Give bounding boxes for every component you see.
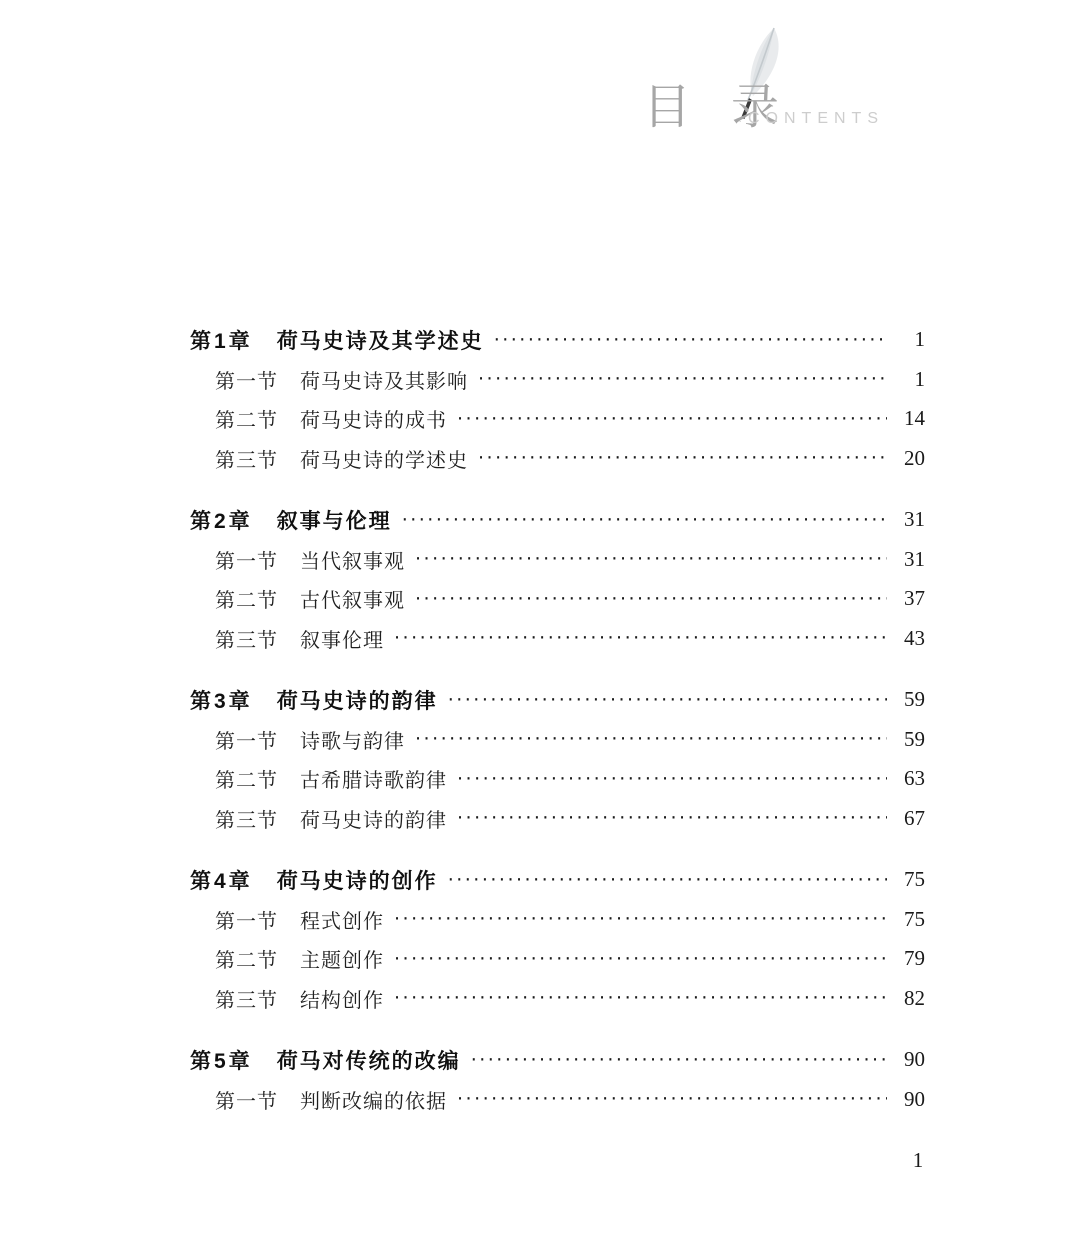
toc-section-row: 第三节 结构创作 82 — [190, 979, 925, 1019]
section-title: 荷马史诗的学述史 — [300, 444, 468, 473]
section-page-number: 75 — [893, 907, 925, 932]
chapter-label: 第1章 — [190, 325, 253, 355]
dot-leader — [478, 368, 887, 390]
dot-leader — [415, 548, 887, 570]
section-page-number: 43 — [893, 626, 925, 651]
dot-leader — [457, 807, 887, 829]
chapter-title: 荷马史诗的韵律 — [277, 685, 438, 715]
toc-chapter-group: 第3章 荷马史诗的韵律 59 第一节 诗歌与韵律 59 第二节 古希腊诗歌韵律 … — [190, 680, 925, 838]
toc-chapter-row: 第2章 叙事与伦理 31 — [190, 500, 925, 540]
section-label: 第二节 — [215, 944, 278, 973]
section-label: 第二节 — [215, 404, 278, 433]
chapter-label: 第4章 — [190, 865, 253, 895]
toc-section-row: 第一节 判断改编的依据 90 — [190, 1080, 925, 1120]
chapter-title: 叙事与伦理 — [277, 505, 392, 535]
toc-chapter-group: 第4章 荷马史诗的创作 75 第一节 程式创作 75 第二节 主题创作 79 第… — [190, 860, 925, 1018]
page-subtitle: CONTENTS — [748, 110, 884, 128]
chapter-label: 第3章 — [190, 685, 253, 715]
chapter-title: 荷马对传统的改编 — [277, 1045, 461, 1075]
section-label: 第一节 — [215, 545, 278, 574]
section-title: 叙事伦理 — [300, 624, 384, 653]
section-page-number: 82 — [893, 986, 925, 1011]
dot-leader — [394, 948, 887, 970]
toc-section-row: 第二节 主题创作 79 — [190, 939, 925, 979]
toc-section-row: 第三节 荷马史诗的韵律 67 — [190, 799, 925, 839]
section-page-number: 59 — [893, 727, 925, 752]
dot-leader — [394, 627, 887, 649]
chapter-page-number: 90 — [893, 1047, 925, 1072]
dot-leader — [415, 728, 887, 750]
section-label: 第一节 — [215, 725, 278, 754]
dot-leader — [402, 509, 887, 531]
dot-leader — [478, 447, 887, 469]
section-title: 诗歌与韵律 — [300, 725, 405, 754]
chapter-title: 荷马史诗及其学述史 — [277, 325, 484, 355]
section-title: 判断改编的依据 — [300, 1085, 447, 1114]
section-page-number: 63 — [893, 766, 925, 791]
section-label: 第二节 — [215, 584, 278, 613]
section-page-number: 31 — [893, 547, 925, 572]
section-label: 第一节 — [215, 905, 278, 934]
dot-leader — [415, 588, 887, 610]
dot-leader — [494, 329, 887, 351]
section-page-number: 20 — [893, 446, 925, 471]
section-title: 荷马史诗的成书 — [300, 404, 447, 433]
page-header: 目 录 CONTENTS — [0, 0, 1080, 170]
section-title: 当代叙事观 — [300, 545, 405, 574]
section-label: 第一节 — [215, 1085, 278, 1114]
section-page-number: 14 — [893, 406, 925, 431]
section-label: 第三节 — [215, 624, 278, 653]
toc-section-row: 第一节 诗歌与韵律 59 — [190, 720, 925, 760]
toc-chapter-row: 第3章 荷马史诗的韵律 59 — [190, 680, 925, 720]
section-page-number: 1 — [893, 367, 925, 392]
section-title: 程式创作 — [300, 905, 384, 934]
section-page-number: 79 — [893, 946, 925, 971]
section-page-number: 67 — [893, 806, 925, 831]
section-page-number: 37 — [893, 586, 925, 611]
section-page-number: 90 — [893, 1087, 925, 1112]
toc-section-row: 第一节 荷马史诗及其影响 1 — [190, 360, 925, 400]
section-title: 古代叙事观 — [300, 584, 405, 613]
toc-section-row: 第三节 叙事伦理 43 — [190, 619, 925, 659]
toc-section-row: 第一节 程式创作 75 — [190, 900, 925, 940]
toc-section-row: 第二节 古希腊诗歌韵律 63 — [190, 759, 925, 799]
dot-leader — [457, 408, 887, 430]
chapter-page-number: 75 — [893, 867, 925, 892]
dot-leader — [448, 689, 887, 711]
section-label: 第一节 — [215, 365, 278, 394]
section-label: 第三节 — [215, 984, 278, 1013]
table-of-contents: 第1章 荷马史诗及其学述史 1 第一节 荷马史诗及其影响 1 第二节 荷马史诗的… — [190, 320, 925, 1141]
section-label: 第三节 — [215, 804, 278, 833]
folio-page-number: 1 — [900, 1148, 936, 1173]
toc-page: 目 录 CONTENTS 第1章 荷马史诗及其学述史 1 第一节 荷马史诗及其影… — [0, 0, 1080, 1253]
section-title: 荷马史诗的韵律 — [300, 804, 447, 833]
chapter-title: 荷马史诗的创作 — [277, 865, 438, 895]
dot-leader — [471, 1049, 887, 1071]
section-title: 古希腊诗歌韵律 — [300, 764, 447, 793]
chapter-label: 第2章 — [190, 505, 253, 535]
toc-chapter-row: 第5章 荷马对传统的改编 90 — [190, 1040, 925, 1080]
section-title: 主题创作 — [300, 944, 384, 973]
chapter-label: 第5章 — [190, 1045, 253, 1075]
dot-leader — [457, 768, 887, 790]
toc-section-row: 第一节 当代叙事观 31 — [190, 540, 925, 580]
toc-chapter-row: 第1章 荷马史诗及其学述史 1 — [190, 320, 925, 360]
section-label: 第三节 — [215, 444, 278, 473]
section-title: 荷马史诗及其影响 — [300, 365, 468, 394]
toc-chapter-row: 第4章 荷马史诗的创作 75 — [190, 860, 925, 900]
dot-leader — [448, 869, 887, 891]
section-label: 第二节 — [215, 764, 278, 793]
toc-chapter-group: 第2章 叙事与伦理 31 第一节 当代叙事观 31 第二节 古代叙事观 37 第… — [190, 500, 925, 658]
toc-chapter-group: 第1章 荷马史诗及其学述史 1 第一节 荷马史诗及其影响 1 第二节 荷马史诗的… — [190, 320, 925, 478]
chapter-page-number: 1 — [893, 327, 925, 352]
dot-leader — [394, 987, 887, 1009]
dot-leader — [457, 1088, 887, 1110]
chapter-page-number: 59 — [893, 687, 925, 712]
section-title: 结构创作 — [300, 984, 384, 1013]
toc-section-row: 第二节 古代叙事观 37 — [190, 579, 925, 619]
chapter-page-number: 31 — [893, 507, 925, 532]
toc-chapter-group: 第5章 荷马对传统的改编 90 第一节 判断改编的依据 90 — [190, 1040, 925, 1119]
toc-section-row: 第二节 荷马史诗的成书 14 — [190, 399, 925, 439]
toc-section-row: 第三节 荷马史诗的学述史 20 — [190, 439, 925, 479]
dot-leader — [394, 908, 887, 930]
